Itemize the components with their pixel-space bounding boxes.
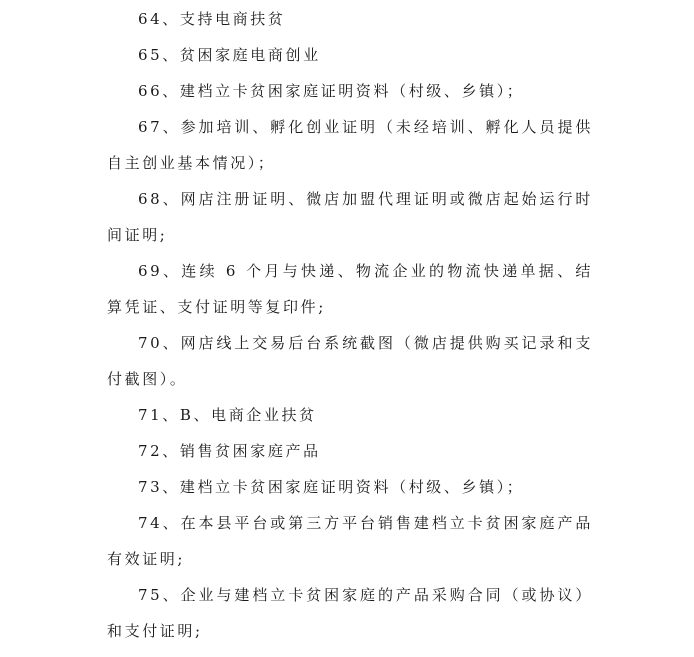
paragraph-71: 71、B、电商企业扶贫 — [107, 397, 593, 433]
paragraph-70: 70、网店线上交易后台系统截图（微店提供购买记录和支付截图）。 — [107, 325, 593, 397]
paragraph-75: 75、企业与建档立卡贫困家庭的产品采购合同（或协议）和支付证明; — [107, 577, 593, 649]
paragraph-73: 73、建档立卡贫困家庭证明资料（村级、乡镇）； — [107, 469, 593, 505]
paragraph-67: 67、参加培训、孵化创业证明（未经培训、孵化人员提供自主创业基本情况）； — [107, 109, 593, 181]
paragraph-69: 69、连续 6 个月与快递、物流企业的物流快递单据、结算凭证、支付证明等复印件; — [107, 253, 593, 325]
paragraph-74: 74、在本县平台或第三方平台销售建档立卡贫困家庭产品有效证明; — [107, 505, 593, 577]
paragraph-68: 68、网店注册证明、微店加盟代理证明或微店起始运行时间证明; — [107, 181, 593, 253]
paragraph-66: 66、建档立卡贫困家庭证明资料（村级、乡镇）； — [107, 73, 593, 109]
paragraph-65: 65、贫困家庭电商创业 — [107, 37, 593, 73]
document-body: 64、支持电商扶贫 65、贫困家庭电商创业 66、建档立卡贫困家庭证明资料（村级… — [107, 1, 593, 649]
paragraph-72: 72、销售贫困家庭产品 — [107, 433, 593, 469]
paragraph-64: 64、支持电商扶贫 — [107, 1, 593, 37]
